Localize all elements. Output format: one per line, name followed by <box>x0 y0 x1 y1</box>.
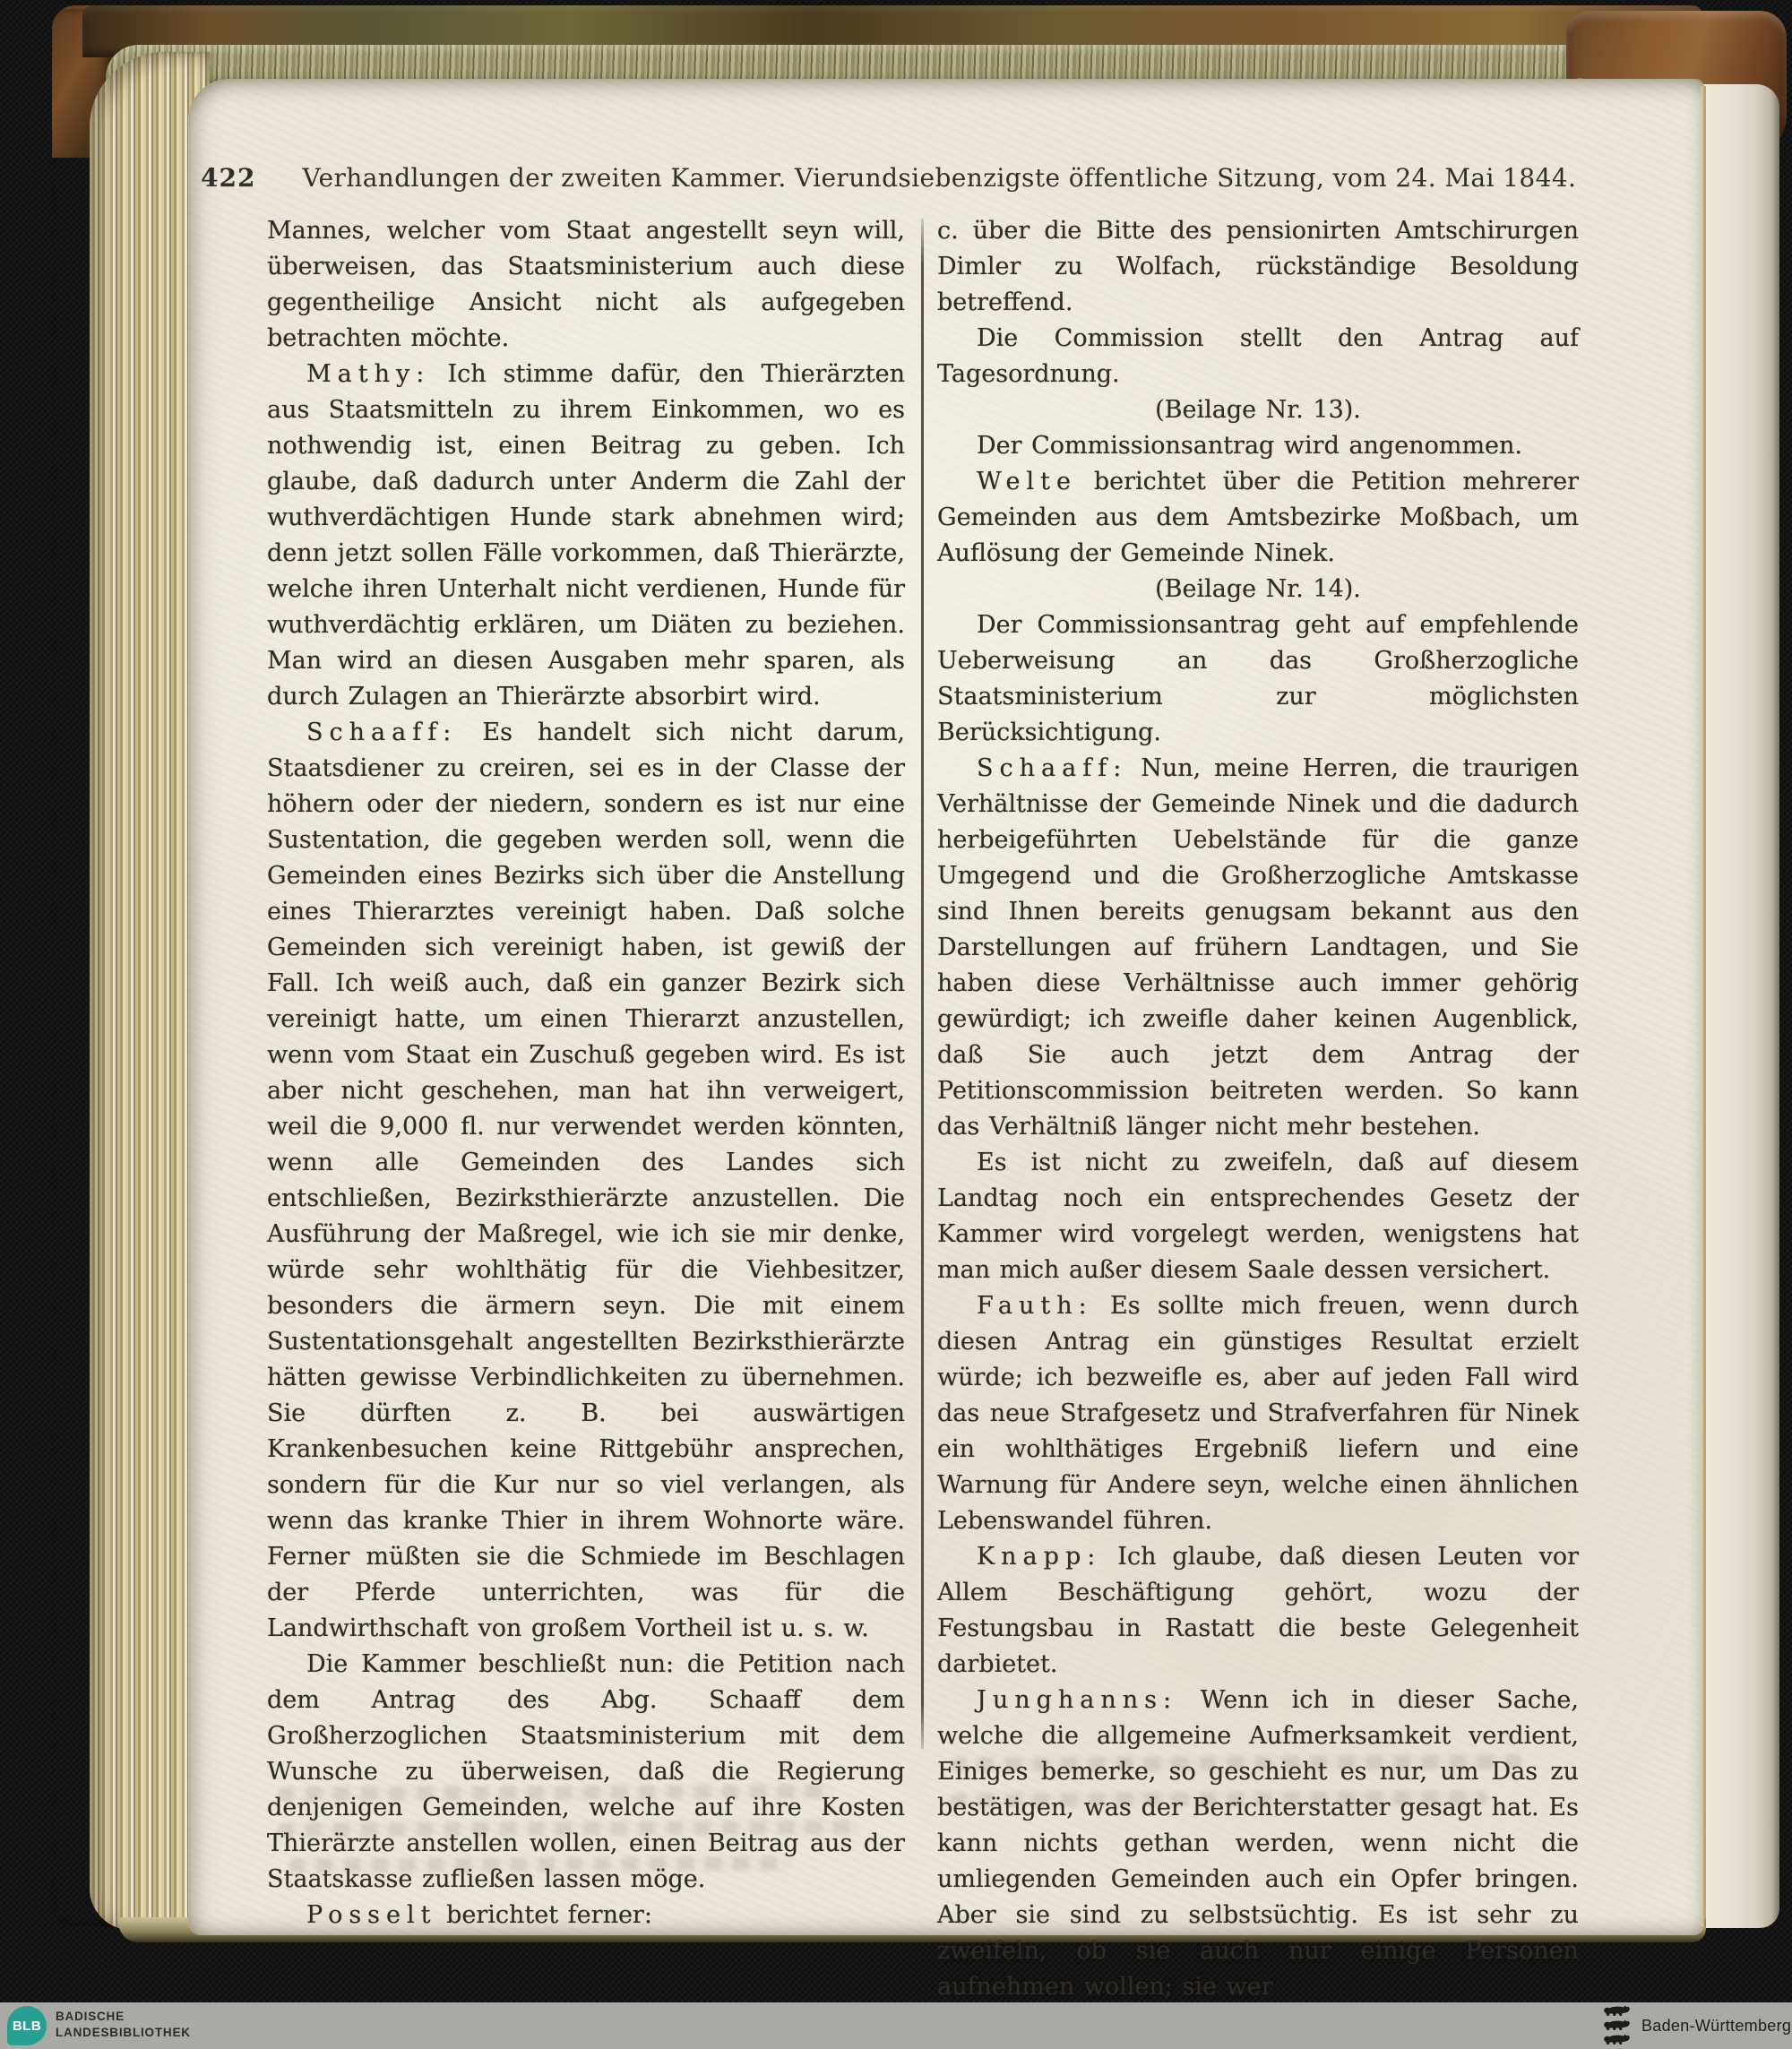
body-text: (Beilage Nr. 13). <box>1155 396 1361 424</box>
paragraph: Es ist nicht zu zweifeln, daß auf diesem… <box>937 1145 1579 1288</box>
paragraph: Posselt berichtet ferner: <box>267 1898 905 1933</box>
paragraph: c. über die Bitte des pensionirten Amtsc… <box>937 213 1579 321</box>
paragraph: Der Commissionsantrag wird angenommen. <box>937 428 1579 464</box>
body-text: Der Commissionsantrag geht auf empfehlen… <box>937 611 1579 746</box>
beilage-reference: (Beilage Nr. 13). <box>937 392 1579 428</box>
paragraph: Schaaff: Nun, meine Herren, die traurige… <box>937 751 1579 1145</box>
paragraph: Junghanns: Wenn ich in dieser Sache, wel… <box>937 1683 1579 2005</box>
speaker-name: Junghanns: <box>977 1686 1177 1714</box>
body-text: Es ist nicht zu zweifeln, daß auf diesem… <box>937 1149 1579 1284</box>
paragraph: Welte berichtet über die Petition mehrer… <box>937 464 1579 572</box>
speech-text: Nun, meine Herren, die traurigen Verhält… <box>937 754 1579 1141</box>
facing-page-sliver <box>1701 84 1779 1928</box>
speech-text: Ich stimme dafür, den Thierärzten aus St… <box>267 360 905 710</box>
paragraph: Schaaff: Es handelt sich nicht darum, St… <box>267 715 905 1647</box>
right-column: c. über die Bitte des pensionirten Amtsc… <box>937 213 1579 2005</box>
speaker-name: Schaaff: <box>977 754 1127 782</box>
viewer-footer-bar <box>0 2002 1792 2049</box>
library-name-line1: BADISCHE <box>56 2009 191 2025</box>
speech-text: Wenn ich in dieser Sache, welche die all… <box>937 1686 1579 2001</box>
speech-text: berichtet ferner: <box>446 1901 652 1929</box>
blb-logo-text: BLB <box>13 2019 41 2034</box>
page-gutter-crease <box>1700 86 1706 1926</box>
paragraph: Mathy: Ich stimme dafür, den Thierärzten… <box>267 357 905 715</box>
body-text: Der Commissionsantrag wird angenommen. <box>977 432 1522 460</box>
speech-text: Es handelt sich nicht darum, Staatsdiene… <box>267 719 905 1642</box>
speech-text: Es sollte mich freuen, wenn durch diesen… <box>937 1292 1579 1535</box>
state-name: Baden-Württemberg <box>1641 2017 1791 2036</box>
running-title: Verhandlungen der zweiten Kammer. Vierun… <box>302 163 1576 193</box>
paragraph: Die Kammer beschließt nun: die Petition … <box>267 1647 905 1898</box>
body-text: c. über die Bitte des pensionirten Amtsc… <box>937 217 1579 316</box>
page-number: 422 <box>201 163 255 193</box>
book-page: 422Verhandlungen der zweiten Kammer. Vie… <box>188 79 1704 1935</box>
baden-wuerttemberg-coat-of-arms-icon <box>1602 2005 1631 2046</box>
left-column: Mannes, welcher vom Staat angestellt sey… <box>267 213 905 1933</box>
state-branding: Baden-Württemberg <box>1602 2004 1791 2047</box>
paragraph: Die Commission stellt den Antrag auf Tag… <box>937 321 1579 392</box>
library-name-line2: LANDESBIBLIOTHEK <box>56 2025 191 2041</box>
paragraph: Fauth: Es sollte mich freuen, wenn durch… <box>937 1288 1579 1539</box>
speaker-name: Knapp: <box>977 1543 1101 1571</box>
body-text: Die Kammer beschließt nun: die Petition … <box>267 1650 905 1893</box>
body-text: Die Commission stellt den Antrag auf Tag… <box>937 324 1579 388</box>
column-divider <box>921 219 924 1749</box>
running-header: 422Verhandlungen der zweiten Kammer. Vie… <box>201 163 1576 193</box>
speaker-name: Posselt <box>306 1901 437 1929</box>
library-name: BADISCHE LANDESBIBLIOTHEK <box>56 2009 191 2041</box>
speaker-name: Mathy: <box>306 360 430 388</box>
beilage-reference: (Beilage Nr. 14). <box>937 572 1579 607</box>
paragraph: Knapp: Ich glaube, daß diesen Leuten vor… <box>937 1539 1579 1683</box>
speaker-name: Fauth: <box>977 1292 1093 1320</box>
body-text: (Beilage Nr. 14). <box>1155 575 1361 603</box>
body-text: Mannes, welcher vom Staat angestellt sey… <box>267 217 905 352</box>
speaker-name: Schaaff: <box>306 719 457 746</box>
paragraph: Mannes, welcher vom Staat angestellt sey… <box>267 213 905 357</box>
blb-logo: BLB <box>7 2006 47 2045</box>
speaker-name: Welte <box>977 468 1077 495</box>
paragraph: Der Commissionsantrag geht auf empfehlen… <box>937 607 1579 751</box>
